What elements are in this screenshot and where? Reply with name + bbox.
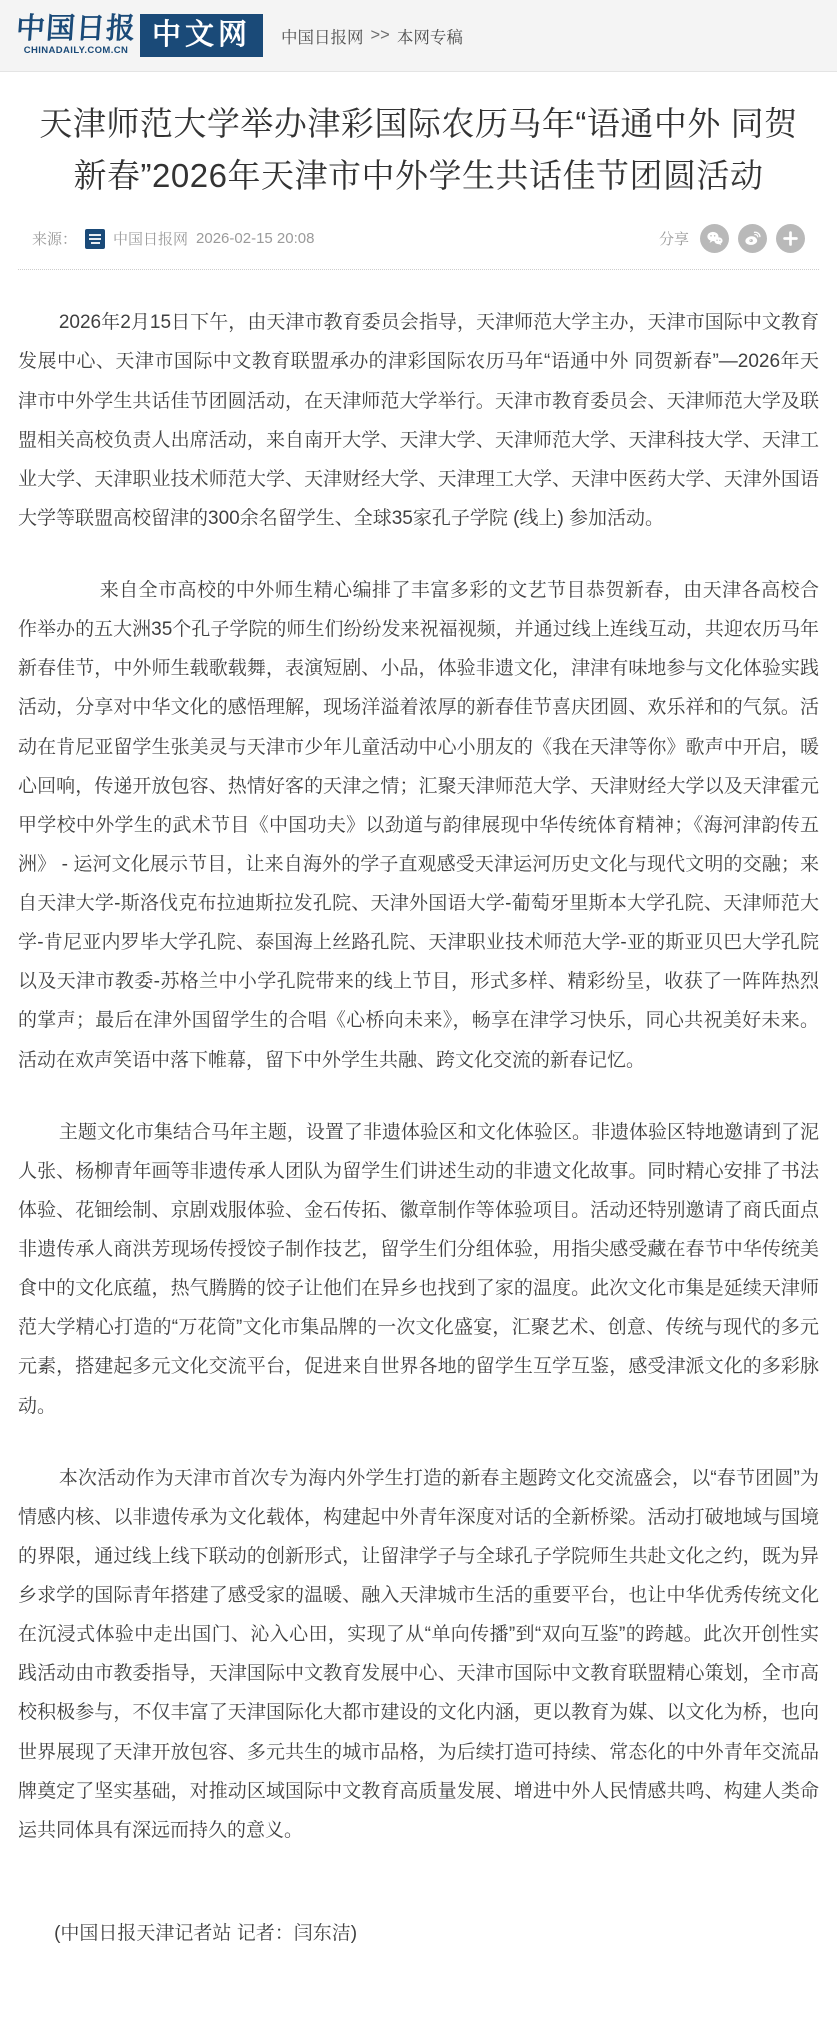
chinadaily-favicon-icon [85, 229, 105, 249]
wechat-icon [705, 229, 724, 248]
paragraph: 来自全市高校的中外师生精心编排了丰富多彩的文艺节目恭贺新春，由天津各高校合作举办… [18, 571, 819, 1080]
article-meta-row: 来源： 中国日报网 2026-02-15 20:08 分享 [18, 218, 819, 270]
article: 天津师范大学举办津彩国际农历马年“语通中外 同贺新春”2026年天津市中外学生共… [0, 98, 837, 1997]
logo-text-block: 中国日报 CHINADAILY.COM.CN [16, 15, 136, 56]
weibo-icon [743, 229, 762, 248]
breadcrumb-section-link[interactable]: 本网专稿 [397, 24, 463, 48]
paragraph: 2026年2月15日下午，由天津市教育委员会指导，天津师范大学主办，天津市国际中… [18, 303, 819, 538]
chinadaily-logo[interactable]: 中国日报 CHINADAILY.COM.CN 中文网 [16, 14, 263, 57]
page: 中国日报 CHINADAILY.COM.CN 中文网 中国日报网 >> 本网专稿… [0, 0, 837, 2027]
byline: (中国日报天津记者站 记者：闫东洁) [18, 1914, 819, 1953]
logo-calligraphy: 中国日报 [15, 15, 137, 44]
article-title: 天津师范大学举办津彩国际农历马年“语通中外 同贺新春”2026年天津市中外学生共… [28, 98, 809, 202]
logo-badge-zhongwenwang: 中文网 [140, 14, 263, 57]
publish-datetime: 2026-02-15 20:08 [196, 230, 314, 247]
article-body: 2026年2月15日下午，由天津市教育委员会指导，天津师范大学主办，天津市国际中… [18, 303, 819, 1953]
paragraph: 本次活动作为天津市首次专为海内外学生打造的新春主题跨文化交流盛会，以“春节团圆”… [18, 1459, 819, 1850]
breadcrumb-separator: >> [371, 26, 390, 45]
more-plus-icon [781, 229, 800, 248]
source-label: 来源： [32, 228, 77, 249]
breadcrumb-site-link[interactable]: 中国日报网 [281, 24, 364, 48]
site-header: 中国日报 CHINADAILY.COM.CN 中文网 中国日报网 >> 本网专稿 [0, 0, 837, 72]
share-wechat-button[interactable] [700, 224, 729, 253]
source-name: 中国日报网 [113, 228, 188, 249]
share-block: 分享 [659, 224, 805, 253]
logo-domain: CHINADAILY.COM.CN [24, 46, 129, 56]
paragraph: 主题文化市集结合马年主题，设置了非遗体验区和文化体验区。非遗体验区特地邀请到了泥… [18, 1113, 819, 1426]
share-label: 分享 [659, 228, 689, 249]
share-more-button[interactable] [776, 224, 805, 253]
share-weibo-button[interactable] [738, 224, 767, 253]
source-block: 来源： 中国日报网 2026-02-15 20:08 [32, 228, 314, 249]
breadcrumb: 中国日报网 >> 本网专稿 [281, 24, 463, 48]
